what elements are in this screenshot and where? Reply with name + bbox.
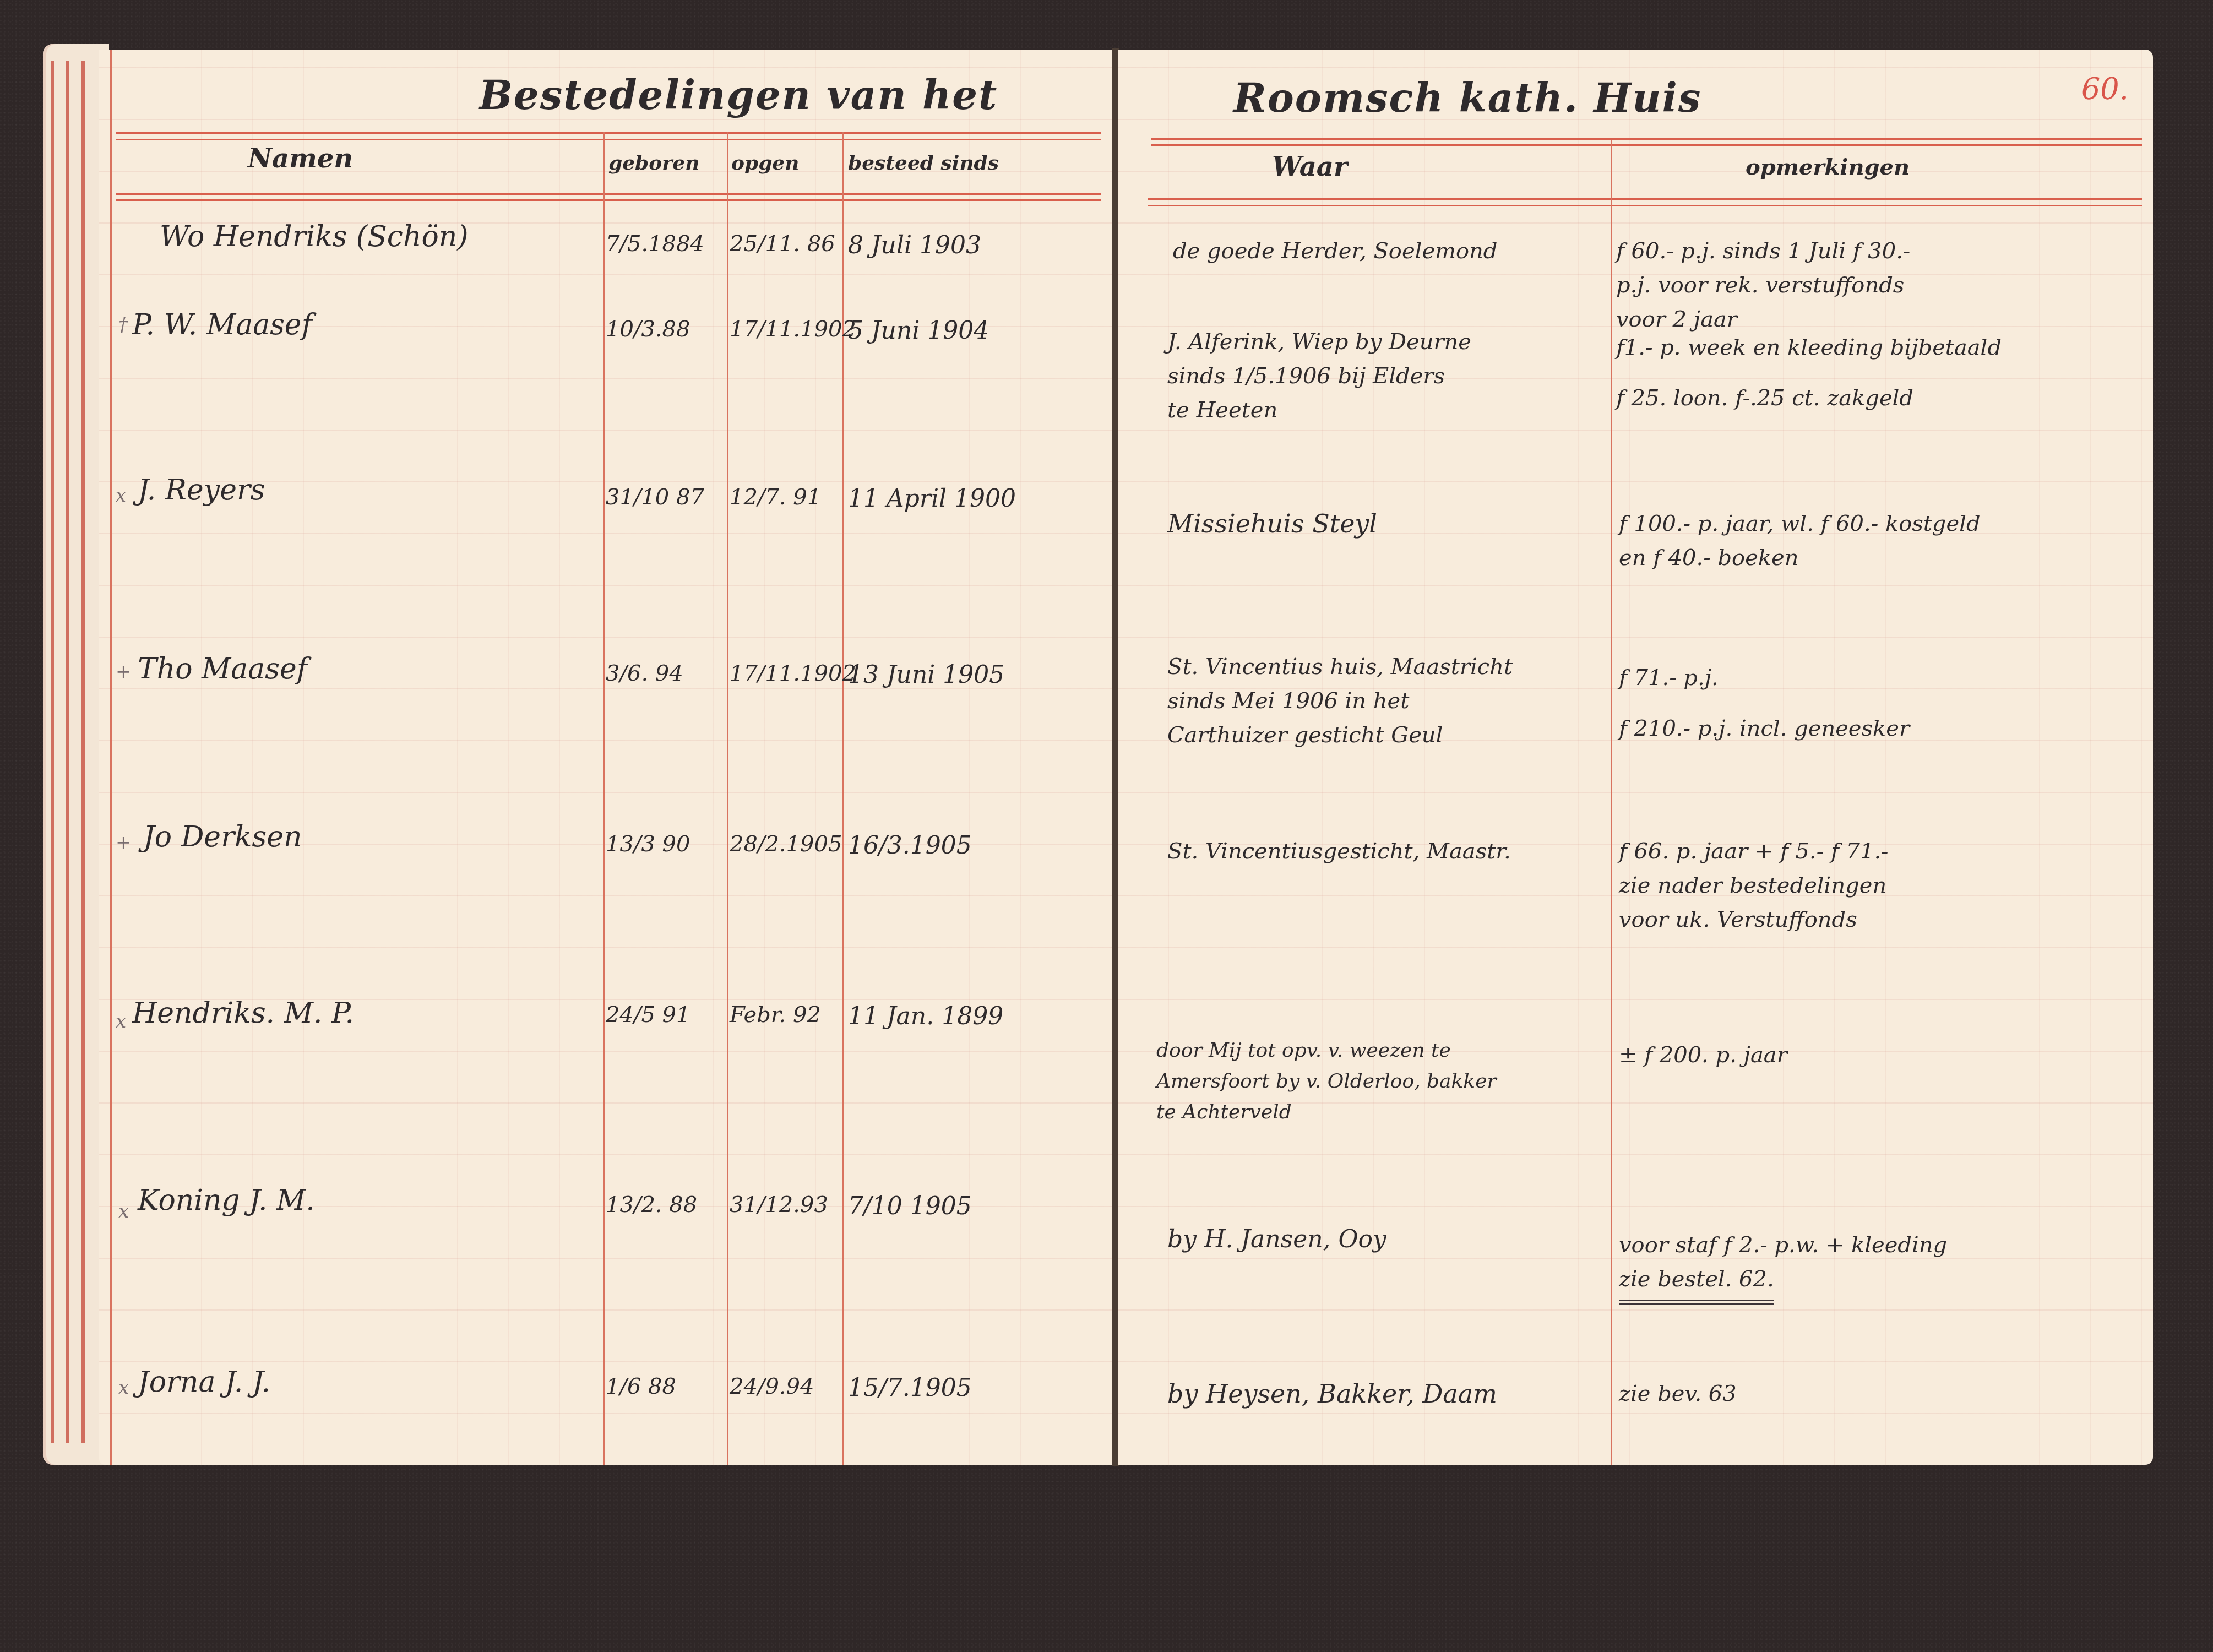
entry-besteed-sinds: 8 Juli 1903 [848, 231, 981, 259]
column-header-besteed-sinds: besteed sinds [848, 151, 999, 175]
waar-line: te Achterveld [1156, 1097, 1497, 1128]
waar-line: St. Vincentiusgesticht, Maastr. [1167, 834, 1511, 868]
opmerking-line: f 66. p. jaar + f 5.- f 71.- [1619, 834, 1889, 868]
header-bottom-rule-2 [1148, 205, 2142, 206]
margin-rule [110, 50, 112, 1465]
entry-waar: door Mij tot opv. v. weezen te Amersfoor… [1156, 1035, 1497, 1128]
right-page: Roomsch kath. Huis 60. Waar opmerkingen … [1118, 50, 2153, 1465]
header-top-rule [116, 132, 1101, 134]
waar-line: te Heeten [1167, 393, 1471, 427]
waar-line: door Mij tot opv. v. weezen te [1156, 1035, 1497, 1066]
entry-waar: by Heysen, Bakker, Daam [1167, 1377, 1497, 1411]
header-bottom-rule-2 [116, 199, 1101, 201]
entry-besteed-sinds: 16/3.1905 [848, 832, 972, 860]
opmerking-line: voor staf f 2.- p.w. + kleeding [1619, 1228, 1947, 1262]
entry-geboren: 13/2. 88 [606, 1192, 697, 1218]
entry-opgen: 24/9.94 [730, 1374, 814, 1399]
waar-line: sinds 1/5.1906 bij Elders [1167, 359, 1471, 393]
waar-line: de goede Herder, Soelemond [1173, 234, 1497, 268]
waar-line: Carthuizer gesticht Geul [1167, 718, 1513, 752]
header-top-rule-2 [116, 139, 1101, 140]
stack-edge-line [81, 61, 85, 1443]
header-top-rule [1151, 138, 2142, 140]
opmerking-line: f 25. loon. f-.25 ct. zakgeld [1616, 381, 2002, 415]
column-header-opmerkingen: opmerkingen [1746, 154, 1910, 180]
entry-waar: de goede Herder, Soelemond [1173, 234, 1497, 268]
entry-opmerkingen: f 60.- p.j. sinds 1 Juli f 30.- p.j. voo… [1616, 234, 1910, 336]
entry-mark: † [118, 314, 128, 336]
entry-mark: + [116, 832, 132, 854]
entry-geboren: 7/5.1884 [606, 231, 704, 257]
entry-besteed-sinds: 13 Juni 1905 [848, 661, 1004, 689]
entry-besteed-sinds: 11 April 1900 [848, 485, 1016, 513]
entry-mark: x [116, 485, 126, 507]
header-top-rule-2 [1151, 144, 2142, 146]
entry-waar: St. Vincentius huis, Maastricht sinds Me… [1167, 650, 1513, 752]
entry-name: P. W. Maasef [132, 308, 312, 341]
opmerking-line: en f 40.- boeken [1619, 541, 1981, 575]
entry-geboren: 3/6. 94 [606, 661, 683, 686]
entry-name: Tho Maasef [138, 653, 307, 686]
page-grid [99, 50, 1112, 1465]
entry-opmerkingen: f 66. p. jaar + f 5.- f 71.- zie nader b… [1619, 834, 1889, 937]
opmerking-line-underlined: zie bestel. 62. [1619, 1262, 1774, 1305]
opmerking-line: f1.- p. week en kleeding bijbetaald [1616, 330, 2002, 365]
entry-mark: + [116, 661, 132, 683]
entry-name: Wo Hendriks (Schön) [160, 220, 468, 253]
opmerking-line: f 210.- p.j. incl. geneesker [1619, 711, 1910, 746]
entry-opgen: Febr. 92 [730, 1002, 821, 1028]
column-header-namen: Namen [248, 143, 353, 174]
entry-opgen: 28/2.1905 [730, 832, 842, 857]
entry-opgen: 25/11. 86 [730, 231, 835, 257]
waar-line: Amersfoort by v. Olderloo, bakker [1156, 1066, 1497, 1097]
entry-opgen: 17/11.1902 [730, 661, 856, 686]
column-rule [1611, 140, 1612, 1465]
waar-line: Missiehuis Steyl [1167, 507, 1377, 541]
entry-besteed-sinds: 11 Jan. 1899 [848, 1002, 1003, 1030]
waar-line: by Heysen, Bakker, Daam [1167, 1377, 1497, 1411]
opmerking-line: f 71.- p.j. [1619, 661, 1910, 695]
column-rule [603, 132, 605, 1465]
column-header-waar: Waar [1272, 151, 1347, 182]
entry-name: Jo Derksen [143, 820, 302, 854]
stack-edge-line [66, 61, 69, 1443]
entry-geboren: 31/10 87 [606, 485, 704, 510]
entry-besteed-sinds: 5 Juni 1904 [848, 317, 989, 345]
entry-name: Hendriks. M. P. [132, 997, 354, 1030]
entry-name: Koning J. M. [138, 1184, 315, 1217]
entry-opgen: 31/12.93 [730, 1192, 828, 1218]
column-header-opgen: opgen [731, 151, 799, 175]
opmerking-line: p.j. voor rek. verstuffonds [1616, 268, 1910, 302]
opmerking-line: f 100.- p. jaar, wl. f 60.- kostgeld [1619, 507, 1981, 541]
entry-opgen: 12/7. 91 [730, 485, 821, 510]
entry-besteed-sinds: 7/10 1905 [848, 1192, 972, 1220]
waar-line: by H. Jansen, Ooy [1167, 1222, 1386, 1257]
entry-opmerkingen: zie bev. 63 [1619, 1377, 1737, 1411]
entry-name: Jorna J. J. [138, 1366, 270, 1399]
waar-line: sinds Mei 1906 in het [1167, 684, 1513, 718]
opmerking-line: voor uk. Verstuffonds [1619, 903, 1889, 937]
opmerking-line: f 60.- p.j. sinds 1 Juli f 30.- [1616, 234, 1910, 268]
column-header-geboren: geboren [608, 151, 699, 175]
entry-waar: J. Alferink, Wiep by Deurne sinds 1/5.19… [1167, 325, 1471, 427]
opmerking-line: zie nader bestedelingen [1619, 868, 1889, 903]
entry-name: J. Reyers [138, 474, 265, 507]
left-page: Bestedelingen van het Namen geboren opge… [99, 50, 1112, 1465]
entry-opmerkingen: ± f 200. p. jaar [1619, 1038, 1787, 1072]
page-number: 60. [2081, 72, 2129, 106]
entry-opmerkingen: voor staf f 2.- p.w. + kleeding zie best… [1619, 1228, 1947, 1305]
waar-line: J. Alferink, Wiep by Deurne [1167, 325, 1471, 359]
entry-waar: Missiehuis Steyl [1167, 507, 1377, 541]
entry-opgen: 17/11.1902 [730, 317, 856, 342]
entry-mark: x [118, 1200, 129, 1222]
stack-edge-line [51, 61, 54, 1443]
entry-waar: St. Vincentiusgesticht, Maastr. [1167, 834, 1511, 868]
header-bottom-rule [1148, 198, 2142, 200]
waar-line: St. Vincentius huis, Maastricht [1167, 650, 1513, 684]
opmerking-line: zie bev. 63 [1619, 1377, 1737, 1411]
left-page-title: Bestedelingen van het [479, 72, 998, 118]
entry-waar: by H. Jansen, Ooy [1167, 1222, 1386, 1257]
entry-geboren: 13/3 90 [606, 832, 690, 857]
header-bottom-rule [116, 193, 1101, 195]
entry-opmerkingen: f 100.- p. jaar, wl. f 60.- kostgeld en … [1619, 507, 1981, 575]
column-rule [727, 132, 728, 1465]
entry-mark: x [118, 1377, 129, 1399]
entry-geboren: 10/3.88 [606, 317, 690, 342]
right-page-title: Roomsch kath. Huis [1233, 74, 1701, 121]
entry-opmerkingen: f1.- p. week en kleeding bijbetaald f 25… [1616, 330, 2002, 415]
entry-geboren: 24/5 91 [606, 1002, 690, 1028]
entry-besteed-sinds: 15/7.1905 [848, 1374, 972, 1402]
entry-geboren: 1/6 88 [606, 1374, 676, 1399]
entry-opmerkingen: f 71.- p.j. f 210.- p.j. incl. geneesker [1619, 661, 1910, 746]
opmerking-line: ± f 200. p. jaar [1619, 1038, 1787, 1072]
entry-mark: x [116, 1010, 126, 1032]
